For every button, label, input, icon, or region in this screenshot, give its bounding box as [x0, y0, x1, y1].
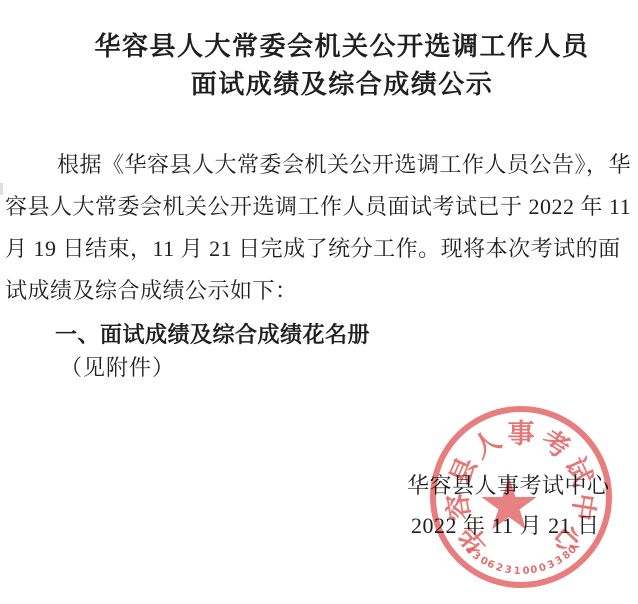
seal-ring-char: 考	[536, 424, 575, 464]
seal-serial-digit: 0	[530, 564, 539, 576]
signature-organization: 华容县人事考试中心	[407, 469, 610, 500]
seal-serial-digit: 3	[470, 550, 482, 563]
body-paragraph-line-1: 根据《华容县人大常委会机关公开选调工作人员公告》，华	[5, 144, 633, 186]
seal-serial-digit: 8	[561, 549, 573, 562]
document-title-line-1: 华容县人大常委会机关公开选调工作人员	[46, 26, 638, 63]
seal-ring-char: 人	[467, 424, 506, 464]
seal-serial-digit: 6	[485, 559, 496, 572]
attachment-note: （见附件）	[60, 351, 175, 382]
seal-serial-digit: 3	[554, 554, 566, 567]
seal-serial-digit: 1	[513, 566, 521, 577]
seal-serial-digit: 3	[504, 564, 513, 576]
document-page: 华容县人大常委会机关公开选调工作人员 面试成绩及综合成绩公示 根据《华容县人大常…	[0, 0, 638, 604]
document-title-line-2: 面试成绩及综合成绩公示	[46, 64, 638, 101]
seal-ring-char: 事	[508, 419, 535, 449]
seal-serial-number: 4 3 0 6 2 3 1 0 0 0 3 3 8 0	[463, 544, 579, 577]
body-paragraph-line-3: 月 19 日结束，11 月 21 日完成了统分工作。现将本次考试的面	[5, 228, 633, 270]
body-paragraph-line-2: 容县人大常委会机关公开选调工作人员面试考试已于 2022 年 11	[5, 186, 633, 228]
signature-date: 2022 年 11 月 21 日	[411, 509, 600, 540]
seal-serial-digit: 3	[546, 559, 557, 572]
seal-serial-digit: 0	[566, 544, 579, 557]
scan-artifact	[0, 183, 3, 195]
seal-serial-digit: 4	[463, 544, 476, 557]
body-paragraph-line-4: 试成绩及综合成绩公示如下：	[5, 270, 633, 312]
seal-serial-digit: 0	[522, 566, 530, 577]
seal-serial-digit: 0	[478, 555, 490, 568]
seal-serial-digit: 0	[538, 562, 548, 575]
seal-serial-digit: 2	[494, 562, 504, 575]
section-heading: 一、面试成绩及综合成绩花名册	[55, 318, 370, 349]
